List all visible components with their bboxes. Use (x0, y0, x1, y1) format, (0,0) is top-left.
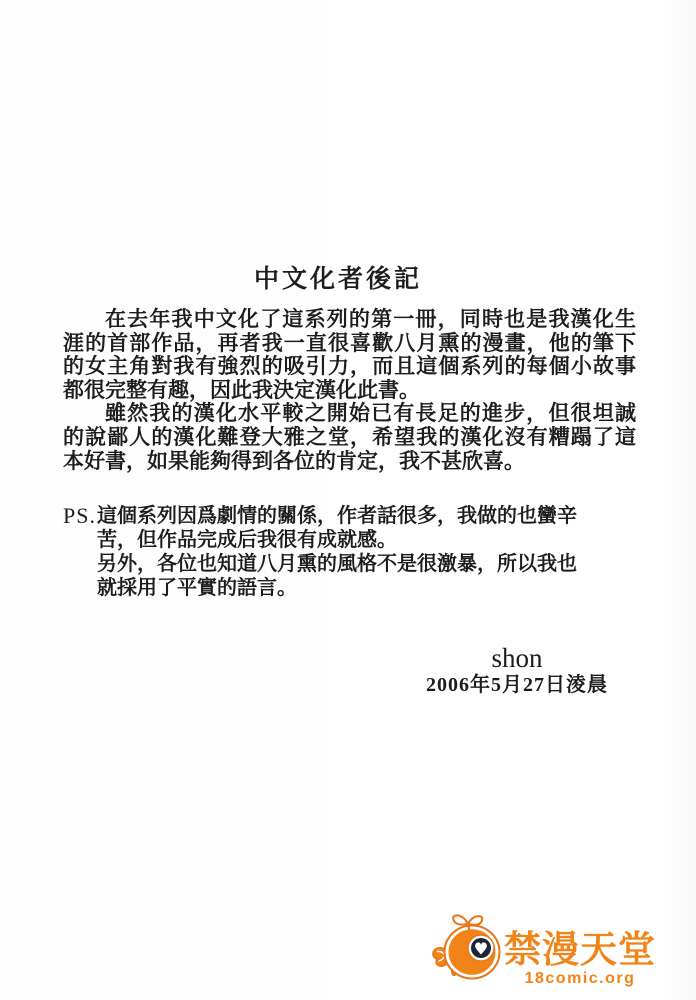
scanned-afterword-page: 中文化者後記 在去年我中文化了這系列的第一冊，同時也是我漢化生 涯的首部作品，再… (0, 0, 696, 1000)
watermark-text: 禁漫天堂 18comic.org (504, 931, 656, 987)
body-line: 的說鄙人的漢化難登大雅之堂，希望我的漢化沒有糟蹋了這 (63, 426, 636, 450)
watermark-site-name: 禁漫天堂 (504, 931, 656, 969)
body-line: 在去年我中文化了這系列的第一冊，同時也是我漢化生 (63, 308, 636, 332)
signature-block: shon 2006年5月27日淩晨 (392, 644, 642, 696)
ps-label: PS. (63, 504, 96, 528)
body-line: 涯的首部作品，再者我一直很喜歡八月熏的漫畫，他的筆下 (63, 332, 636, 356)
ps-line: 苦，但作品完成后我很有成就感。 (97, 528, 593, 552)
signature-date: 2006年5月27日淩晨 (392, 674, 642, 696)
ps-line: 這個系列因爲劇情的關係，作者話很多，我做的也蠻辛 (97, 504, 593, 528)
body-line: 的女主角對我有強烈的吸引力，而且這個系列的每個小故事 (63, 355, 636, 379)
body-line: 本好書，如果能夠得到各位的肯定，我不甚欣喜。 (63, 450, 636, 474)
watermark-site-url: 18comic.org (504, 970, 656, 987)
body-line: 雖然我的漢化水平較之開始已有長足的進步，但很坦誠 (63, 402, 636, 426)
afterword-body: 在去年我中文化了這系列的第一冊，同時也是我漢化生 涯的首部作品，再者我一直很喜歡… (63, 308, 636, 473)
whale-mascot-icon (431, 907, 501, 991)
translator-name: shon (392, 644, 642, 672)
scan-speck (276, 517, 280, 520)
ps-line: 另外，各位也知道八月熏的風格不是很激暴，所以我也 (97, 552, 593, 576)
ps-line: 就採用了平實的語言。 (97, 576, 593, 600)
page-title: 中文化者後記 (0, 259, 676, 295)
body-line: 都很完整有趣，因此我決定漢化此書。 (63, 379, 636, 403)
watermark-logo: 禁漫天堂 18comic.org (431, 907, 656, 991)
ps-note: PS. 這個系列因爲劇情的關係，作者話很多，我做的也蠻辛 苦，但作品完成后我很有… (63, 504, 593, 600)
